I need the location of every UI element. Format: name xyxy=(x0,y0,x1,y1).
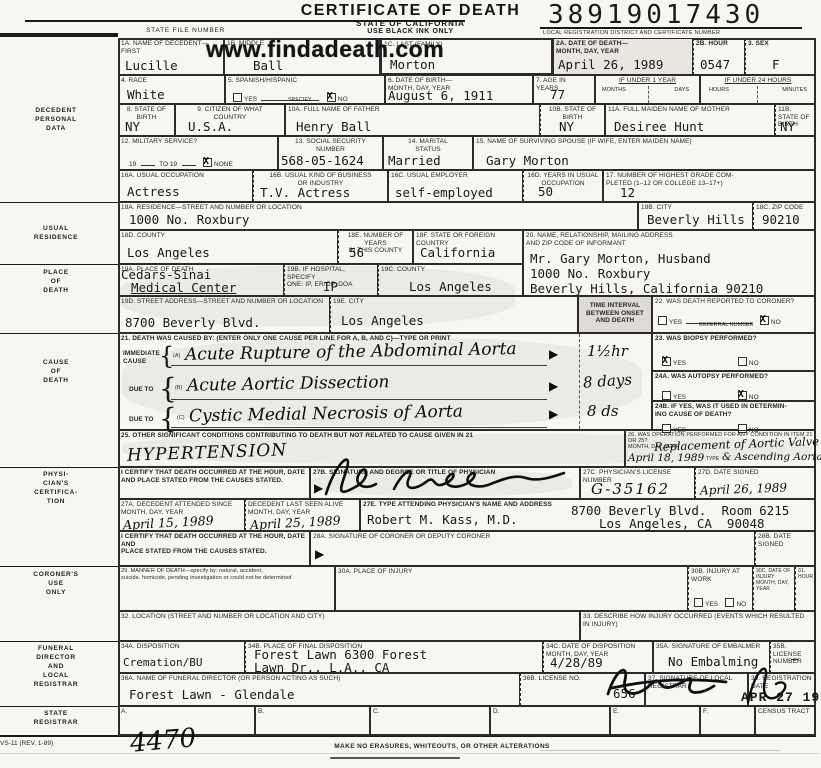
field-coroner-signature: 28A. SIGNATURE OF CORONER OR DEPUTY CORO… xyxy=(310,531,755,566)
typed-value: 1000 No. Roxbury xyxy=(530,266,650,281)
check-mark: X xyxy=(760,314,766,325)
field-place-city: 19E. CITY Los Angeles xyxy=(330,296,578,333)
field-disposition: 34A. DISPOSITION Cremation/BU xyxy=(118,641,245,673)
field-label: 16C. USUAL EMPLOYER xyxy=(389,171,522,181)
field-label: 16A. USUAL OCCUPATION xyxy=(119,171,252,181)
typed-value: T.V. Actress xyxy=(260,185,350,200)
typed-value: Los Angeles xyxy=(409,279,492,294)
yes-label: YES xyxy=(705,601,718,608)
section-rule xyxy=(0,706,118,707)
check-mark: X xyxy=(662,355,668,366)
field-attended-since: 27A. DECEDENT ATTENDED SINCE MONTH, DAY,… xyxy=(118,499,245,531)
check-mark: X xyxy=(203,156,209,167)
field-autopsy: 24A. WAS AUTOPSY PERFORMED? YES XNO xyxy=(652,371,816,401)
typed-value: 56 xyxy=(349,245,364,260)
yes-checkbox xyxy=(694,598,703,607)
field-injury-location: 32. LOCATION (STREET AND NUMBER OR LOCAT… xyxy=(118,611,580,641)
field-label: 5. SPANISH/HISPANIC xyxy=(226,76,384,86)
months-column-label: MONTHS xyxy=(602,87,626,93)
specify-label: SPECIFY xyxy=(288,97,312,103)
field-race: 4. RACE White xyxy=(118,75,225,104)
minutes-column-label: MINUTES xyxy=(782,87,807,93)
yes-label: YES xyxy=(244,96,257,103)
section-rule xyxy=(0,566,118,567)
section-rule xyxy=(0,333,118,334)
field-operation-performed: 26. WAS OPERATION PERFORMED FOR ANY COND… xyxy=(625,430,816,467)
typed-value: Los Angeles xyxy=(127,245,210,260)
field-hour: 2B. HOUR 0547 xyxy=(693,38,745,75)
field-label: 27D. DATE SIGNED xyxy=(696,468,815,478)
field-label: 24A. WAS AUTOPSY PERFORMED? xyxy=(653,372,815,382)
typed-value: Desiree Hunt xyxy=(614,119,704,134)
handwritten-cause-b: Acute Aortic Dissection xyxy=(187,372,390,396)
field-final-disposition: 34B. PLACE OF FINAL DISPOSITION Forest L… xyxy=(245,641,543,673)
typed-value: 77 xyxy=(550,87,565,102)
handwritten-interval-a: 1½hr xyxy=(587,342,628,360)
section-label-funeral: FUNERAL DIRECTOR AND LOCAL REGISTRAR xyxy=(0,644,112,689)
handwritten-value: HYPERTENSION xyxy=(127,440,288,466)
time-interval-column-header: TIME INTERVAL BETWEEN ONSET AND DEATH xyxy=(578,296,652,333)
immediate-cause-label: IMMEDIATE CAUSE xyxy=(121,349,162,366)
yes-label: YES xyxy=(669,319,682,326)
section-rule xyxy=(0,641,118,642)
cause-of-death-block: 21. DEATH WAS CAUSED BY: (ENTER ONLY ONE… xyxy=(118,333,652,430)
from-label: 19 xyxy=(129,161,136,168)
arrow-icon: ▶ xyxy=(315,548,324,560)
field-spanish-hispanic: 5. SPANISH/HISPANIC YES XNO SPECIFY xyxy=(225,75,385,104)
none-checkbox: X xyxy=(203,158,212,167)
field-if-under-24-hours: IF UNDER 24 HOURS HOURS MINUTES xyxy=(700,75,816,104)
typed-value: self-employed xyxy=(395,185,493,200)
section-rule xyxy=(0,202,118,203)
field-place-of-death: 19A. PLACE OF DEATH Cedars-Sinai Medical… xyxy=(118,264,284,296)
field-informant: 20. NAME, RELATIONSHIP, MAILING ADDRESS … xyxy=(523,230,816,296)
field-label: 2A. DATE OF DEATH— MONTH, DAY, YEAR xyxy=(554,39,692,56)
column-label: F. xyxy=(701,707,754,717)
typed-value: 568-05-1624 xyxy=(281,153,364,168)
handwritten-date: April 26, 1989 xyxy=(700,480,787,497)
typed-value: 12 xyxy=(620,185,635,200)
line-a-tag: (A) xyxy=(173,353,180,359)
scan-mark xyxy=(330,757,460,759)
field-label: 28A. SIGNATURE OF CORONER OR DEPUTY CORO… xyxy=(311,532,754,542)
certificate-number-caption: LOCAL REGISTRATION DISTRICT AND CERTIFIC… xyxy=(543,30,720,36)
referral-number-label: REFERRAL NUMBER xyxy=(699,322,754,328)
registrar-col-e: E. xyxy=(610,706,700,735)
typed-value: Los Angeles xyxy=(341,313,424,328)
field-place-street-address: 19D. STREET ADDRESS—STREET AND NUMBER OR… xyxy=(118,296,330,333)
field-kind-of-business: 16B. USUAL KIND OF BUSINESS OR INDUSTRY … xyxy=(253,170,388,202)
handwritten-interval-b: 8 days xyxy=(582,370,632,391)
header-left-bar xyxy=(0,33,118,37)
typed-value: Beverly Hills xyxy=(647,212,745,227)
registrar-col-c: C. xyxy=(370,706,490,735)
field-describe-injury: 33. DESCRIBE HOW INJURY OCCURRED (EVENTS… xyxy=(580,611,816,641)
yes-checkbox xyxy=(658,316,667,325)
field-label: 19E. CITY xyxy=(331,297,577,307)
field-hospital-status: 19B. IF HOSPITAL, SPECIFY ONE: IP, ER/OP… xyxy=(284,264,378,296)
column-label: A. xyxy=(119,707,254,717)
no-label: NO xyxy=(749,360,759,367)
field-label: 22. WAS DEATH REPORTED TO CORONER? xyxy=(653,297,815,307)
field-label: I CERTIFY THAT DEATH OCCURRED AT THE HOU… xyxy=(119,468,309,485)
field-label: 10A. FULL NAME OF FATHER xyxy=(286,105,539,115)
field-military-service: 12. MILITARY SERVICE? 19 TO 19 XNONE xyxy=(118,136,278,170)
field-label: 30A. PLACE OF INJURY xyxy=(336,567,687,577)
field-label: 11A. FULL MAIDEN NAME OF MOTHER xyxy=(606,105,774,115)
no-checkbox: X xyxy=(327,93,336,102)
field-label: 25. OTHER SIGNIFICANT CONDITIONS CONTRIB… xyxy=(119,431,624,441)
military-row: 19 TO 19 XNONE xyxy=(129,153,233,171)
field-label: 20. NAME, RELATIONSHIP, MAILING ADDRESS … xyxy=(524,231,815,248)
handwritten-interval-c: 8 ds xyxy=(587,402,619,420)
typed-value: Cremation/BU xyxy=(123,656,202,669)
field-label: 33. DESCRIBE HOW INJURY OCCURRED (EVENTS… xyxy=(581,612,815,629)
column-label: B. xyxy=(256,707,369,717)
no-checkbox xyxy=(738,357,747,366)
checkbox-row: YES NO xyxy=(691,593,746,611)
field-residence: 18A. RESIDENCE—STREET AND NUMBER OR LOCA… xyxy=(118,202,638,230)
days-column-label: DAYS xyxy=(674,87,689,93)
ink-instruction: USE BLACK INK ONLY xyxy=(278,28,543,35)
typed-value: 90210 xyxy=(762,212,800,227)
section-label-physician: PHYSI- CIAN'S CERTIFICA- TION xyxy=(0,470,112,506)
typed-value: 4/28/89 xyxy=(550,655,603,670)
field-label: 15. NAME OF SURVIVING SPOUSE (IF WIFE, E… xyxy=(474,137,815,147)
typed-value: Medical Center xyxy=(131,280,236,295)
handwritten-operation2: & Ascending Aorta xyxy=(722,451,821,463)
document-title: CERTIFICATE OF DEATH xyxy=(278,2,543,20)
registrar-col-b: B. xyxy=(255,706,370,735)
certificate-number-underline xyxy=(540,27,802,29)
field-manner-of-death: 29. MANNER OF DEATH—specify by: natural,… xyxy=(118,566,335,611)
to-line xyxy=(182,159,196,166)
typed-value: Robert M. Kass, M.D. xyxy=(367,512,518,527)
no-checkbox: X xyxy=(738,391,747,400)
no-label: NO xyxy=(771,319,781,326)
column-label: D. xyxy=(491,707,609,717)
scan-line xyxy=(0,753,820,754)
field-label: 30C. DATE OF INJURY MONTH, DAY, YEAR xyxy=(754,567,794,593)
field-label: IF UNDER 24 HOURS xyxy=(701,76,815,86)
field-label: 34A. DISPOSITION xyxy=(119,642,244,652)
yes-checkbox xyxy=(233,93,242,102)
no-checkbox xyxy=(725,598,734,607)
field-label: 14. MARITAL STATUS xyxy=(384,137,472,154)
check-mark: X xyxy=(738,389,744,400)
field-label: 18D. COUNTY xyxy=(119,231,337,241)
no-label: NO xyxy=(736,601,746,608)
field-years-in-county: 18E. NUMBER OF YEARS IN THIS COUNTY 56 xyxy=(338,230,413,264)
field-label: 16D. YEARS IN USUAL OCCUPATION xyxy=(524,171,602,188)
due-to-c-label: DUE TO xyxy=(129,416,153,423)
field-date-of-death: 2A. DATE OF DEATH— MONTH, DAY, YEAR Apri… xyxy=(553,38,693,75)
yes-checkbox xyxy=(662,391,671,400)
field-label: 24B. IF YES, WAS IT USED IN DETERMIN- IN… xyxy=(653,402,815,419)
section-rule xyxy=(0,264,118,265)
typed-value: California xyxy=(420,245,495,260)
yes-label: YES xyxy=(673,360,686,367)
physician-signature xyxy=(300,446,585,504)
field-ssn: 13. SOCIAL SECURITY NUMBER 568-05-1624 xyxy=(278,136,383,170)
section-label-place-of-death: PLACE OF DEATH xyxy=(0,268,112,295)
column-label: C. xyxy=(371,707,489,717)
registrar-census-tract: CENSUS TRACT xyxy=(755,706,816,735)
field-label: 19C. COUNTY xyxy=(379,265,522,275)
field-label: 23. WAS BIOPSY PERFORMED? xyxy=(653,334,815,344)
section-label-coroner: CORONER'S USE ONLY xyxy=(0,570,112,597)
registrar-col-f: F. xyxy=(700,706,755,735)
field-label: 36A. NAME OF FUNERAL DIRECTOR (OR PERSON… xyxy=(119,674,519,684)
section-label-cause-of-death: CAUSE OF DEATH xyxy=(0,358,112,385)
field-employer: 16C. USUAL EMPLOYER self-employed xyxy=(388,170,523,202)
field-label: 17. NUMBER OF HIGHEST GRADE COM- PLETED … xyxy=(604,171,815,188)
field-marital-status: 14. MARITAL STATUS Married xyxy=(383,136,473,170)
field-years-in-occupation: 16D. YEARS IN USUAL OCCUPATION 50 xyxy=(523,170,603,202)
cause-b-underline xyxy=(171,399,547,400)
certification-statement-1: I CERTIFY THAT DEATH OCCURRED AT THE HOU… xyxy=(118,467,310,499)
local-registrar-signature xyxy=(598,656,793,706)
typed-value: Gary Morton xyxy=(486,153,569,168)
line-b-tag: (B) xyxy=(175,385,182,391)
typed-value: Married xyxy=(388,153,441,168)
arrow-icon: ▶ xyxy=(549,408,558,420)
typed-value: White xyxy=(127,87,165,102)
hours-column-label: HOURS xyxy=(709,87,729,93)
typed-value: Los Angeles, CA 90048 xyxy=(599,516,765,531)
form-code: VS-11 (REV. 1-89) xyxy=(0,740,53,747)
typed-value: 0547 xyxy=(700,57,730,72)
typed-value: NY xyxy=(780,119,795,134)
field-label: 29. MANNER OF DEATH—specify by: natural,… xyxy=(119,567,334,583)
checkbox-row: XYES NO xyxy=(659,352,759,370)
registrar-col-d: D. xyxy=(490,706,610,735)
none-label: NONE xyxy=(214,161,233,168)
section-label-state-registrar: STATE REGISTRAR xyxy=(0,709,112,727)
scan-line xyxy=(540,750,780,751)
field-label: I CERTIFY THAT DEATH OCCURRED AT THE HOU… xyxy=(119,532,309,557)
field-father-state: 10B. STATE OF BIRTH NY xyxy=(540,104,605,136)
certification-statement-2: I CERTIFY THAT DEATH OCCURRED AT THE HOU… xyxy=(118,531,310,566)
typed-value: Henry Ball xyxy=(296,119,371,134)
death-certificate-page: CERTIFICATE OF DEATH STATE OF CALIFORNIA… xyxy=(0,0,821,768)
typed-value: Mr. Gary Morton, Husband xyxy=(530,251,711,266)
arrow-icon: ▶ xyxy=(549,348,558,360)
field-label: 30B. INJURY AT WORK xyxy=(689,567,752,584)
field-mother-name: 11A. FULL MAIDEN NAME OF MOTHER Desiree … xyxy=(605,104,775,136)
field-state-or-foreign-country: 18F. STATE OR FOREIGN COUNTRY California xyxy=(413,230,523,264)
typed-value: NY xyxy=(125,119,140,134)
header-rule xyxy=(25,20,465,22)
typed-value: NY xyxy=(559,119,574,134)
field-state-of-birth: 8. STATE OF BIRTH NY xyxy=(118,104,175,136)
typed-value: F xyxy=(772,57,780,72)
field-label: 2B. HOUR xyxy=(694,39,744,49)
field-label: 12. MILITARY SERVICE? xyxy=(119,137,277,147)
typed-value: August 6, 1911 xyxy=(388,88,493,103)
field-date-of-birth: 6. DATE OF BIRTH— MONTH, DAY, YEAR Augus… xyxy=(385,75,533,104)
arrow-icon: ▶ xyxy=(549,380,558,392)
field-label: IF UNDER 1 YEAR xyxy=(596,76,699,86)
field-funeral-director: 36A. NAME OF FUNERAL DIRECTOR (OR PERSON… xyxy=(118,673,520,706)
due-to-b-label: DUE TO xyxy=(129,386,153,393)
typed-value: 50 xyxy=(538,184,553,199)
cause-c-underline xyxy=(171,427,547,428)
handwritten-operation-date: April 18, 1989 xyxy=(628,452,704,464)
field-label: 28B. DATE SIGNED xyxy=(756,532,815,549)
column-divider xyxy=(648,86,649,103)
handwritten-cause-c: Cystic Medial Necrosis of Aorta xyxy=(189,402,463,427)
to-label: TO 19 xyxy=(159,161,177,168)
field-label: 35A. SIGNATURE OF EMBALMER xyxy=(654,642,769,652)
field-occupation: 16A. USUAL OCCUPATION Actress xyxy=(118,170,253,202)
typed-value: Forest Lawn - Glendale xyxy=(129,687,295,702)
field-label: 3. SEX xyxy=(746,39,815,49)
field-label: 4. RACE xyxy=(119,76,224,86)
field-label: 32. LOCATION (STREET AND NUMBER OR LOCAT… xyxy=(119,612,579,622)
typed-value: IP xyxy=(323,279,338,294)
field-biopsy: 23. WAS BIOPSY PERFORMED? XYES NO xyxy=(652,333,816,371)
field-age: 7. AGE IN YEARS 77 xyxy=(533,75,595,104)
field-education: 17. NUMBER OF HIGHEST GRADE COM- PLETED … xyxy=(603,170,816,202)
no-label: NO xyxy=(338,96,348,103)
field-label: 31. HOUR xyxy=(796,567,815,581)
typed-value: April 26, 1989 xyxy=(558,57,663,72)
field-reported-to-coroner: 22. WAS DEATH REPORTED TO CORONER? YES X… xyxy=(652,296,816,333)
typed-value: Beverly Hills, California 90210 xyxy=(530,281,763,296)
no-alterations-warning: MAKE NO ERASURES, WHITEOUTS, OR OTHER AL… xyxy=(302,743,582,750)
typed-value: Actress xyxy=(127,184,180,199)
yes-label: YES xyxy=(673,394,686,401)
no-label: NO xyxy=(749,394,759,401)
field-mother-state: 11B. STATE OF BIRTH NY xyxy=(775,104,816,136)
section-label-decedent: DECEDENT PERSONAL DATA xyxy=(0,106,112,133)
field-physician-license: 27C. PHYSICIAN'S LICENSE NUMBER G-35162 xyxy=(580,467,695,499)
field-residence-zip: 18C. ZIP CODE 90210 xyxy=(753,202,816,230)
typed-value: Lucille xyxy=(125,58,178,73)
field-residence-county: 18D. COUNTY Los Angeles xyxy=(118,230,338,264)
column-label: E. xyxy=(611,707,699,717)
field-date-signed: 27D. DATE SIGNED April 26, 1989 xyxy=(695,467,816,499)
field-residence-city: 18B. CITY Beverly Hills xyxy=(638,202,753,230)
state-file-number-label: STATE FILE NUMBER xyxy=(146,27,225,34)
field-surviving-spouse: 15. NAME OF SURVIVING SPOUSE (IF WIFE, E… xyxy=(473,136,816,170)
field-place-county: 19C. COUNTY Los Angeles xyxy=(378,264,523,296)
handwritten-license: G-35162 xyxy=(591,480,670,498)
yes-checkbox: X xyxy=(662,357,671,366)
section-label-residence: USUAL RESIDENCE xyxy=(0,224,112,242)
no-checkbox: X xyxy=(760,316,769,325)
field-if-under-1-year: IF UNDER 1 YEAR MONTHS DAYS xyxy=(595,75,700,104)
watermark: www.findadeath.com xyxy=(206,36,444,63)
field-autopsy-used: 24B. IF YES, WAS IT USED IN DETERMIN- IN… xyxy=(652,401,816,430)
field-sex: 3. SEX F xyxy=(745,38,816,75)
cause-a-underline xyxy=(171,365,547,366)
column-divider xyxy=(757,86,758,103)
field-coroner-date-signed: 28B. DATE SIGNED xyxy=(755,531,816,566)
field-date-of-injury: 30C. DATE OF INJURY MONTH, DAY, YEAR xyxy=(753,566,795,611)
field-father-name: 10A. FULL NAME OF FATHER Henry Ball xyxy=(285,104,540,136)
field-label: 13. SOCIAL SECURITY NUMBER xyxy=(279,137,382,154)
field-label: 19D. STREET ADDRESS—STREET AND NUMBER OR… xyxy=(119,297,329,307)
field-injury-hour: 31. HOUR xyxy=(795,566,816,611)
field-place-of-injury: 30A. PLACE OF INJURY xyxy=(335,566,688,611)
line-c-tag: (C) xyxy=(177,415,185,421)
typed-value: U.S.A. xyxy=(188,119,233,134)
field-citizen-of-country: 9. CITIZEN OF WHAT COUNTRY U.S.A. xyxy=(175,104,285,136)
field-injury-at-work: 30B. INJURY AT WORK YES NO xyxy=(688,566,753,611)
field-label: TIME INTERVAL BETWEEN ONSET AND DEATH xyxy=(579,297,651,326)
certificate-number: 38919017430 xyxy=(548,0,764,30)
section-rule xyxy=(0,467,118,468)
column-label: CENSUS TRACT xyxy=(756,707,815,717)
interval-column-divider xyxy=(579,334,580,429)
check-mark: X xyxy=(327,91,333,102)
typed-value: 1000 No. Roxbury xyxy=(129,212,249,227)
type-label: TYPE xyxy=(706,456,719,462)
typed-value: 8700 Beverly Blvd. xyxy=(125,315,260,330)
from-line xyxy=(141,159,155,166)
